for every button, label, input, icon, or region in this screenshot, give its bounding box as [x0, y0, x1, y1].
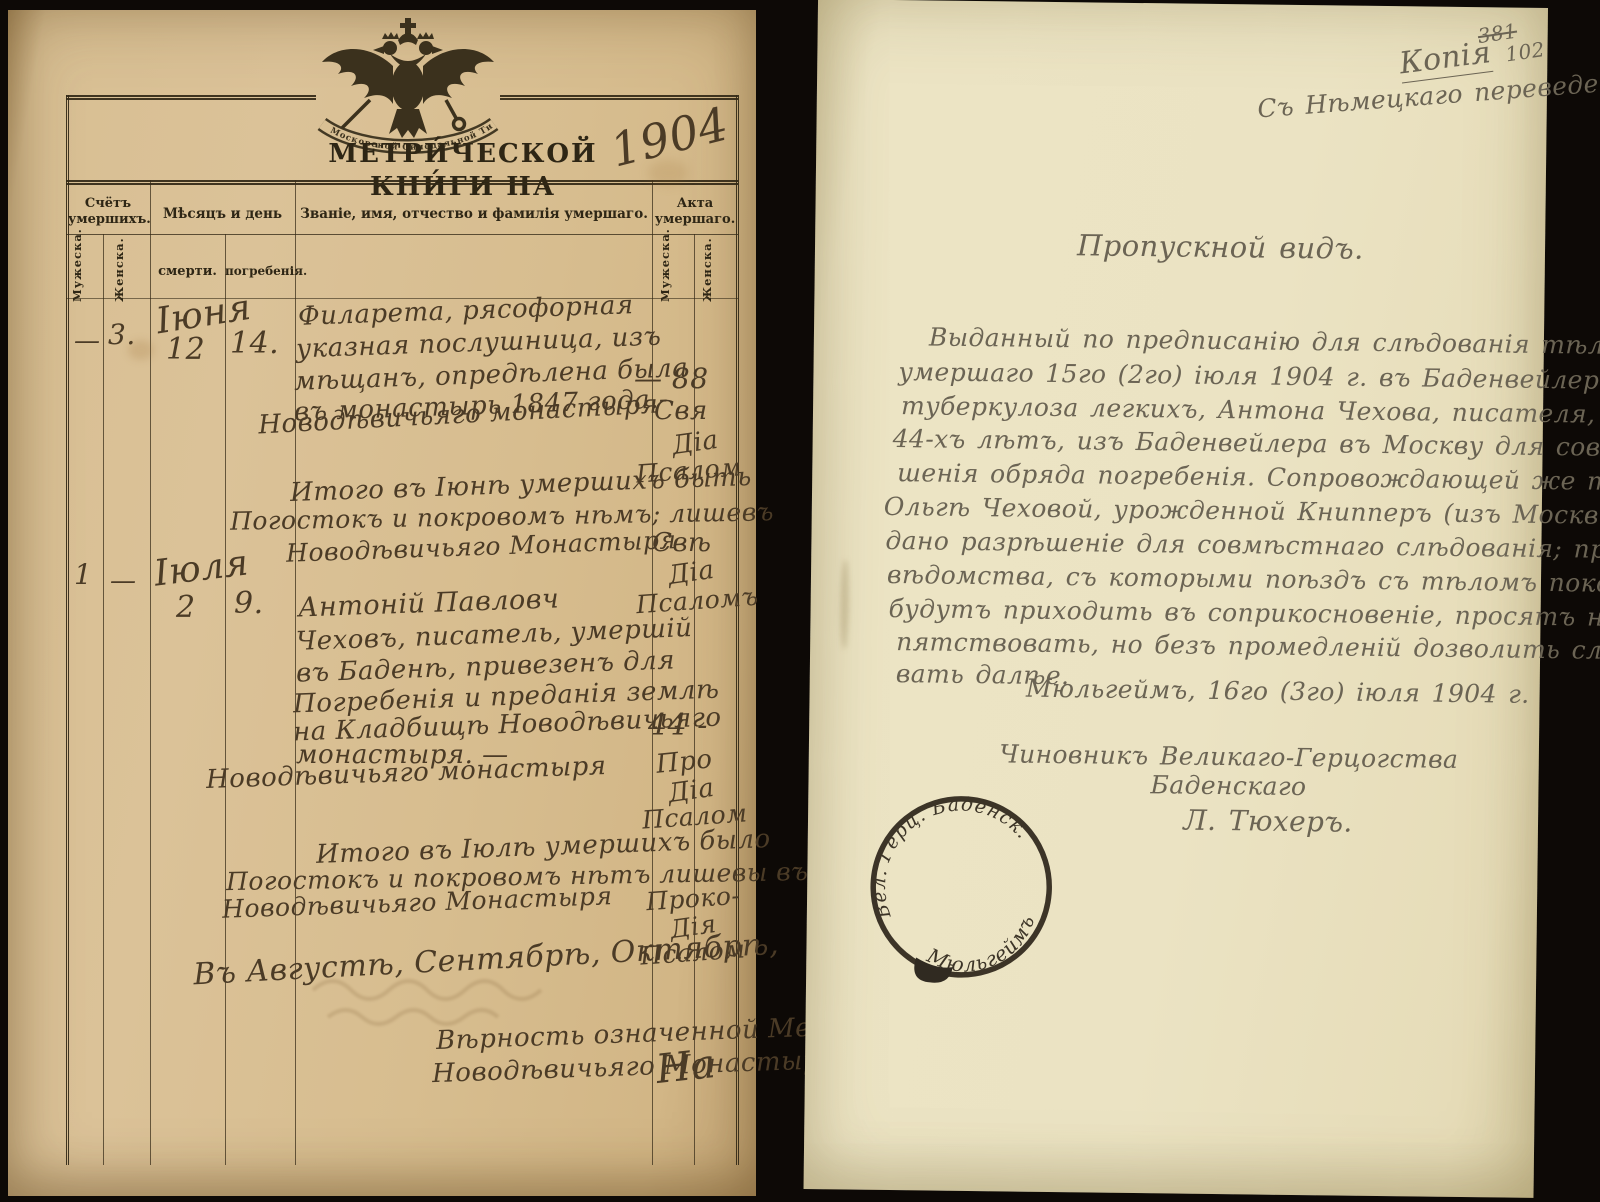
june-male-count: —	[74, 326, 101, 356]
header-mid-rule	[66, 234, 738, 235]
permit-body-line-1: Выданный по предписанію для слѣдованія т…	[929, 322, 1600, 359]
year-handwritten: 1904	[605, 96, 734, 177]
july-desc-1: Антоній Павловч	[298, 583, 560, 623]
june-female-count: 3.	[108, 318, 136, 351]
book-title: МЕТРИ́ЧЕСКОЙ КНИ́ГИ НА	[298, 138, 628, 203]
column-header-month-day: Мѣсяцъ и день	[150, 206, 295, 223]
subheader-burial: погребенія.	[225, 264, 297, 279]
column-header-name: Званіе, имя, отчество и фамилія умершаго…	[300, 206, 648, 223]
july-burial-day: 9.	[234, 586, 264, 621]
july-monastery: Новодѣвичьяго монастыря	[206, 751, 607, 795]
grand-duchy-baden-stamp: Вел. Герц. Баденск. Мюльгеймъ	[844, 779, 1079, 996]
subheader-female-right: Женска.	[700, 240, 730, 302]
crown-cross	[400, 18, 416, 34]
copy-label: Копія	[1397, 35, 1493, 83]
july-death-day: 2	[176, 590, 196, 625]
june-burial-day: 14.	[230, 326, 279, 361]
june-clergy-1: Свя	[654, 396, 708, 426]
permit-body-line-9: будутъ приходить въ соприкосновеніе, про…	[888, 594, 1600, 633]
july-age: 44 -	[648, 708, 708, 743]
permit-body-line-5: шенія обряда погребенія. Сопровождающей …	[897, 458, 1600, 496]
permit-body-line-6: Ольгѣ Чеховой, урожденной Книпперъ (изъ …	[884, 492, 1600, 530]
permit-body-line-4: 44-хъ лѣтъ, изъ Баденвейлера въ Москву д…	[893, 424, 1600, 462]
june-total-clergy-1: Свѣ	[652, 528, 711, 558]
frame-top-rule-left	[66, 95, 316, 100]
rule-death-burial	[225, 234, 226, 1165]
frame-left-rule	[66, 95, 69, 1165]
travel-permit-page: 381 102 Копія Съ Нѣмецкаго переведен. Пр…	[804, 0, 1548, 1198]
page-crease	[840, 559, 849, 649]
frame-right-rule	[736, 95, 739, 1165]
column-header-act: Акта умершаго.	[654, 196, 736, 229]
rule-count-month	[150, 180, 151, 1165]
scanned-archive-photo: Московской Синодальной Типографіи МЕТРИ́…	[0, 0, 1600, 1202]
subheader-female-left: Женска.	[112, 240, 142, 302]
permit-body-line-2: умершаго 15го (2го) іюля 1904 г. въ Баде…	[898, 357, 1600, 396]
permit-body-line-3: туберкулоза легкихъ, Антона Чехова, писа…	[901, 391, 1596, 428]
subheader-death: смерти.	[150, 264, 225, 280]
column-header-count: Счётъ умершихъ.	[68, 196, 148, 229]
subheader-male-right: Мужеска.	[658, 240, 688, 302]
permit-title: Пропускной видъ.	[1077, 228, 1364, 266]
page-number: 102	[1504, 37, 1546, 66]
permit-body-line-7: дано разрѣшеніе для совмѣстнаго слѣдован…	[885, 526, 1600, 565]
metrical-book-page: Московской Синодальной Типографіи МЕТРИ́…	[8, 10, 756, 1196]
attestation-initial: На	[654, 1041, 718, 1093]
subheader-male-left: Мужеска.	[70, 240, 100, 302]
dateline: Мюльгеймъ, 16го (3го) іюля 1904 г.	[1026, 674, 1530, 709]
july-female-count: —	[110, 566, 137, 596]
official-signature: Л. Тюхеръ.	[1138, 803, 1398, 839]
frame-top-rule-right	[500, 95, 738, 100]
header-top-rule	[66, 180, 738, 185]
july-male-count: 1	[74, 558, 92, 591]
imperial-eagle-emblem: Московской Синодальной Типографіи	[308, 16, 508, 156]
permit-body-line-8: вѣдомства, съ которыми поѣздъ съ тѣломъ …	[887, 560, 1600, 599]
june-death-day: 12	[166, 332, 205, 367]
rule-male-female-left	[103, 234, 104, 1165]
